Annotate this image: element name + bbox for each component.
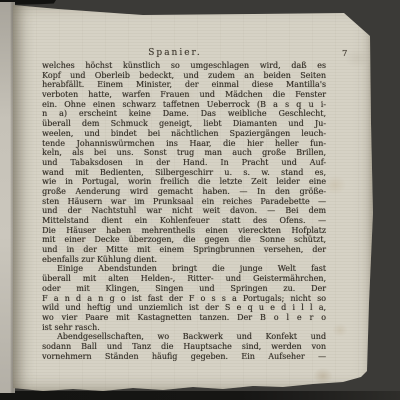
- text-line: Mittelstand dient ein Kohlenfeuer statt …: [42, 216, 326, 226]
- text-line: ein. Ohne einen schwarz taffetnen Ueberr…: [42, 100, 326, 110]
- paragraph: welches höchst künstlich so umgeschlagen…: [42, 61, 326, 264]
- text-line: verboten hatte, warfen Frauen und Mädche…: [42, 90, 326, 100]
- text-line: Die Häuser haben mehrentheils einen vier…: [42, 226, 326, 236]
- text-line: vornehmern Ständen häufig gegeben. Ein A…: [42, 352, 326, 362]
- text-line: wie in Portugal, worin freilich die letz…: [42, 177, 326, 187]
- text-line: und der Nachtstuhl war nicht weit davon.…: [42, 206, 326, 216]
- text-line: und in der Mitte mit einem Springbrunnen…: [42, 245, 326, 255]
- book-page: Spanier. 7 welches höchst künstlich so u…: [13, 3, 373, 393]
- text-line: sodann Ball und Tanz die Hauptsache sind…: [42, 342, 326, 352]
- text-line: weelen, und bindet bei nächtlichen Spazi…: [42, 129, 326, 139]
- scanned-book-page: Spanier. 7 welches höchst künstlich so u…: [0, 0, 400, 400]
- running-title: Spanier.: [33, 48, 317, 58]
- page-text: welches höchst künstlich so umgeschlagen…: [42, 61, 326, 361]
- text-line: Einige Abendstunden bringt die junge Wel…: [42, 264, 326, 274]
- text-line: große Aenderung wird gemacht haben. — In…: [42, 187, 326, 197]
- scan-artifact-bottom-band: [0, 391, 400, 400]
- text-line: wo vier Paare mit Kastagnetten tanzen. D…: [42, 313, 326, 323]
- text-line: ist sehr rasch.: [42, 323, 326, 333]
- text-line: herabfällt. Einem Minister, der einmal d…: [42, 80, 326, 90]
- adjacent-page-edge: [0, 2, 15, 393]
- page-number: 7: [342, 49, 347, 59]
- text-line: Abendgesellschaften, wo Backwerk und Kon…: [42, 332, 326, 342]
- page-header: Spanier. 7: [42, 48, 326, 60]
- text-line: Kopf und Oberleib bedeckt, und zudem an …: [42, 71, 326, 81]
- text-line: n a) erscheint keine Dame. Das weibliche…: [42, 109, 326, 119]
- text-line: mit einer Decke überzogen, die gegen die…: [42, 235, 326, 245]
- text-line: überall mit alten Helden-, Ritter- und G…: [42, 274, 326, 284]
- text-line: wild und heftig und unziemlich ist der S…: [42, 303, 326, 313]
- text-line: welches höchst künstlich so umgeschlagen…: [42, 61, 326, 71]
- text-line: oder mit Klingen, Singen und Springen zu…: [42, 284, 326, 294]
- text-line: ebenfalls zur Kühlung dient.: [42, 255, 326, 265]
- text-line: und Tabaksdosen in der Hand. In Pracht u…: [42, 158, 326, 168]
- text-line: überall dem Schmuck geneigt, liebt Diama…: [42, 119, 326, 129]
- text-line: keln, als bei uns. Sonst trug man auch g…: [42, 148, 326, 158]
- text-line: F a n d a n g o ist fast der F o s s a P…: [42, 294, 326, 304]
- paragraph: Abendgesellschaften, wo Backwerk und Kon…: [42, 332, 326, 361]
- paragraph: Einige Abendstunden bringt die junge Wel…: [42, 264, 326, 332]
- text-line: wand mit Bedienten, Silbergeschirr u. s.…: [42, 168, 326, 178]
- text-line: sten Häusern war im Prunksaal ein reiche…: [42, 197, 326, 207]
- text-line: tende Johanniswürmchen ins Haar, die hie…: [42, 139, 326, 149]
